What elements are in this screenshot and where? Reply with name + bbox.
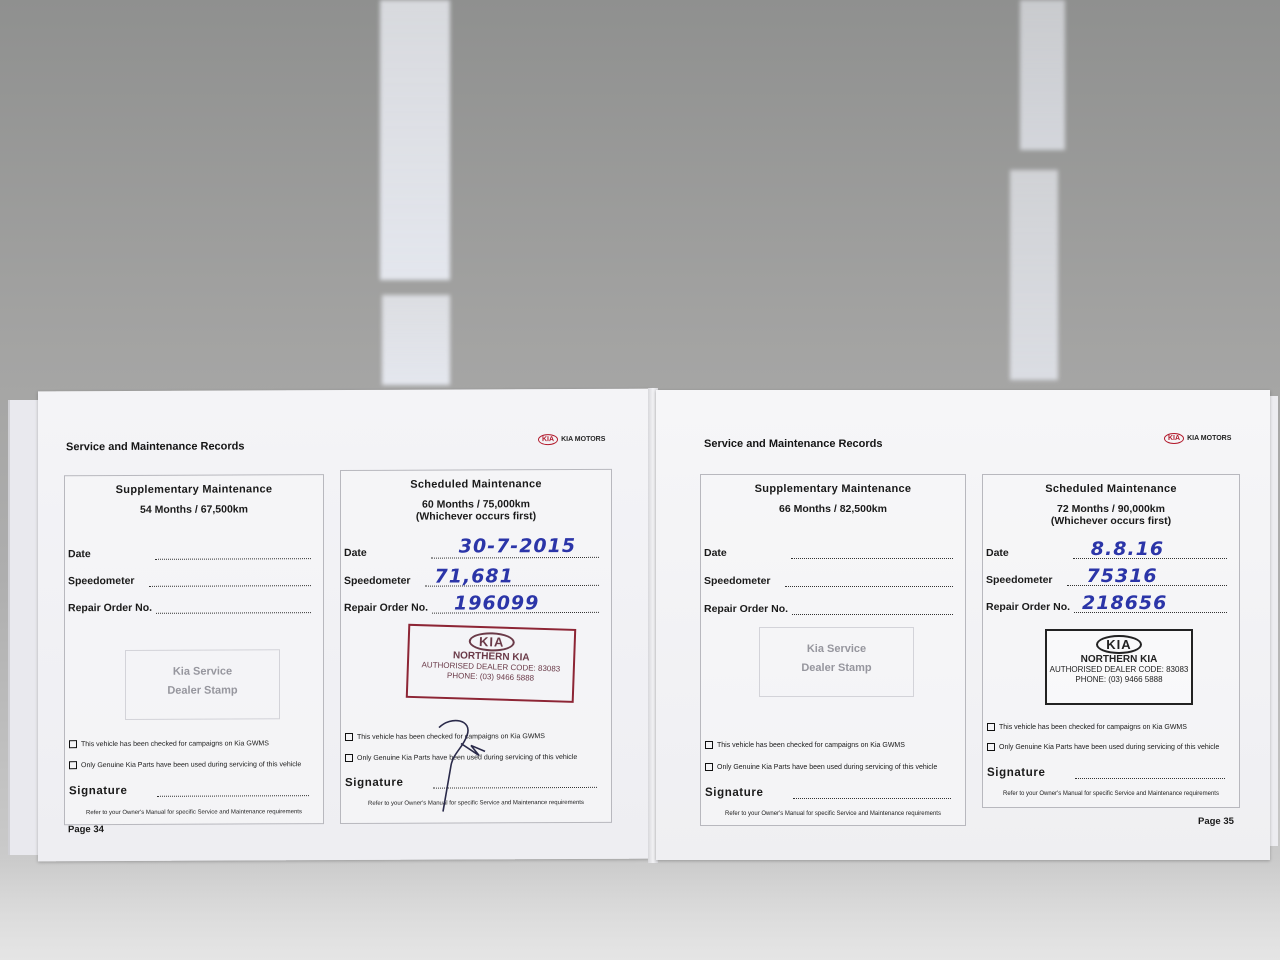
dealer-stamp: KIA NORTHERN KIA AUTHORISED DEALER CODE:… [406, 624, 576, 703]
dealer-stamp-placeholder: Kia Service Dealer Stamp [125, 649, 280, 720]
genuine-parts-checkbox[interactable]: Only Genuine Kia Parts have been used du… [987, 743, 1219, 751]
repair-order-field[interactable]: Repair Order No.218656 [986, 601, 1227, 613]
service-booklet: Service and Maintenance Records KIA KIA … [8, 388, 1278, 868]
gwms-checkbox[interactable]: This vehicle has been checked for campai… [705, 741, 905, 749]
checkbox-icon [987, 743, 995, 751]
handwritten-signature [431, 715, 491, 815]
page-number: Page 34 [68, 824, 104, 835]
checkbox-icon [705, 741, 713, 749]
date-field[interactable]: Date30-7-2015 [344, 546, 599, 559]
page-number: Page 35 [1198, 816, 1234, 827]
brand-logo: KIA KIA MOTORS [538, 434, 605, 445]
signature-field[interactable]: Signature [705, 787, 951, 799]
window-reflection [1020, 0, 1065, 150]
footer-note: Refer to your Owner's Manual for specifi… [983, 791, 1239, 797]
page-title: Service and Maintenance Records [704, 438, 883, 450]
card-interval: 72 Months / 90,000km [983, 503, 1239, 515]
card-title: Supplementary Maintenance [65, 483, 323, 496]
checkbox-icon [345, 733, 353, 741]
left-page: Service and Maintenance Records KIA KIA … [38, 389, 650, 862]
genuine-parts-checkbox[interactable]: Only Genuine Kia Parts have been used du… [69, 760, 301, 769]
repair-order-field[interactable]: Repair Order No.196099 [344, 601, 599, 614]
brand-text: KIA MOTORS [1187, 435, 1231, 442]
checkbox-icon [987, 723, 995, 731]
maintenance-card: Scheduled Maintenance 72 Months / 90,000… [982, 474, 1240, 808]
card-interval: 54 Months / 67,500km [65, 503, 323, 516]
date-field[interactable]: Date [704, 547, 953, 559]
checkbox-icon [69, 740, 77, 748]
repair-order-field[interactable]: Repair Order No. [704, 603, 953, 615]
brand-text: KIA MOTORS [561, 436, 605, 443]
date-field[interactable]: Date [68, 547, 311, 560]
gwms-checkbox[interactable]: This vehicle has been checked for campai… [69, 739, 269, 748]
kia-logo-icon: KIA [469, 632, 515, 652]
card-note: (Whichever occurs first) [983, 515, 1239, 527]
checkbox-icon [345, 754, 353, 762]
card-title: Scheduled Maintenance [341, 478, 611, 491]
maintenance-card: Supplementary Maintenance 66 Months / 82… [700, 474, 966, 826]
brand-logo: KIA KIA MOTORS [1164, 433, 1231, 444]
repair-order-field[interactable]: Repair Order No. [68, 601, 311, 614]
checkbox-icon [705, 763, 713, 771]
speedometer-field[interactable]: Speedometer [704, 575, 953, 587]
kia-logo-icon: KIA [538, 434, 558, 445]
footer-note: Refer to your Owner's Manual for specifi… [701, 811, 965, 817]
card-interval: 66 Months / 82,500km [701, 503, 965, 515]
kia-logo-icon: KIA [1164, 433, 1184, 444]
gwms-checkbox[interactable]: This vehicle has been checked for campai… [987, 723, 1187, 731]
maintenance-card: Supplementary Maintenance 54 Months / 67… [64, 474, 324, 825]
card-title: Scheduled Maintenance [983, 483, 1239, 495]
dealer-stamp: KIA NORTHERN KIA AUTHORISED DEALER CODE:… [1045, 629, 1193, 705]
right-page: Service and Maintenance Records KIA KIA … [656, 390, 1270, 860]
speedometer-field[interactable]: Speedometer [68, 574, 311, 587]
window-reflection [1010, 170, 1058, 380]
signature-field[interactable]: Signature [69, 784, 309, 797]
window-reflection [382, 295, 450, 385]
window-reflection [380, 0, 450, 280]
card-title: Supplementary Maintenance [701, 483, 965, 495]
kia-logo-icon: KIA [1096, 635, 1141, 654]
genuine-parts-checkbox[interactable]: Only Genuine Kia Parts have been used du… [705, 763, 937, 771]
signature-field[interactable]: Signature [987, 767, 1225, 779]
date-field[interactable]: Date8.8.16 [986, 547, 1227, 559]
checkbox-icon [69, 761, 77, 769]
speedometer-field[interactable]: Speedometer75316 [986, 574, 1227, 586]
surface-glare [0, 860, 1280, 960]
footer-note: Refer to your Owner's Manual for specifi… [65, 809, 323, 816]
page-title: Service and Maintenance Records [66, 440, 245, 453]
speedometer-field[interactable]: Speedometer71,681 [344, 574, 599, 587]
dealer-stamp-placeholder: Kia Service Dealer Stamp [759, 627, 914, 697]
maintenance-card: Scheduled Maintenance 60 Months / 75,000… [340, 469, 612, 824]
card-note: (Whichever occurs first) [341, 510, 611, 523]
